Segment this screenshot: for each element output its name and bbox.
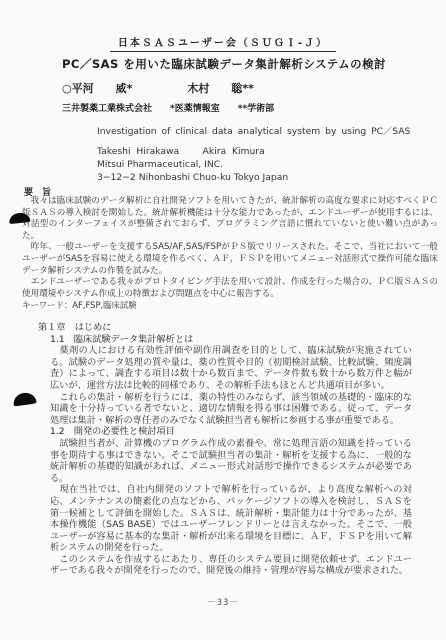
body-paragraph: このシステムを作成するにあたり、専任のシステム要員に開発依頼せず、エンドユーザー… <box>50 554 412 577</box>
english-company: Mitsui Pharmaceutical, INC. <box>97 159 223 170</box>
body-paragraph: これらの集計・解析を行うには、薬の特性のみならず、該当領域の基礎的・臨床的な知識… <box>50 392 412 427</box>
scanned-paper-page: 日本ＳＡＳユーザー会（ＳＵＧＩ-Ｊ） PC／SAS を用いた臨床試験データ集計解… <box>0 0 446 640</box>
english-address: 3−12−2 Nihonbashi Chuo-ku Tokyo Japan <box>97 172 288 183</box>
authors-line: ○平河 威* 木村 聡** <box>62 80 254 96</box>
section-1-2-heading: 1.2 開発の必要性と検討項目 <box>50 426 414 438</box>
body-paragraph: 薬剤の人における有効性評価や副作用調査を目的として、臨床試験が実施されている。試… <box>50 345 412 391</box>
body-paragraph: 試験担当者が、計算機のプログラム作成の素養や、常に処理言語の知識を持っている事を… <box>50 438 412 484</box>
society-header: 日本ＳＡＳユーザー会（ＳＵＧＩ-Ｊ） <box>0 31 446 52</box>
abstract-paragraph: 我々は臨床試験のデータ解析に自社開発ソフトを用いてきたが、統計解析の高度な要求に… <box>22 196 438 242</box>
society-name: 日本ＳＡＳユーザー会（ＳＵＧＩ-Ｊ） <box>110 34 336 52</box>
binding-mark-icon <box>12 391 36 406</box>
page-number: －33－ <box>0 596 446 608</box>
english-title: Investigation of clinical data analytica… <box>97 123 410 137</box>
abstract-paragraph: エンドユーザーである我々がプロトタイピング手法を用いて設計、作成を行った場合の、… <box>22 277 438 300</box>
affiliation-line: 三井製薬工業株式会社 *医薬情報室 **学術部 <box>62 101 274 114</box>
abstract-paragraph: 昨年、一般ユーザーを支援するSAS/AF,SAS/FSPがＰＳ版でリリースされた… <box>22 242 438 277</box>
english-authors: Takeshi Hirakawa Akira Kimura <box>97 146 265 157</box>
paper-title: PC／SAS を用いた臨床試験データ集計解析システムの検討 <box>62 56 386 72</box>
body-text: 第１章 はじめに 1.1 臨床試験データ集計解析とは 薬剤の人における有効性評価… <box>38 322 414 577</box>
section-1-1-heading: 1.1 臨床試験データ集計解析とは <box>50 334 414 346</box>
chapter-1-heading: 第１章 はじめに <box>38 322 414 334</box>
keywords-line: キーワード：AF,FSP,臨床試験 <box>22 300 438 312</box>
abstract-section: 我々は臨床試験のデータ解析に自社開発ソフトを用いてきたが、統計解析の高度な要求に… <box>22 196 438 312</box>
body-paragraph: 現在当社では、自社内開発のソフトで解析を行っているが、より高度な解析への対応、メ… <box>50 484 412 554</box>
